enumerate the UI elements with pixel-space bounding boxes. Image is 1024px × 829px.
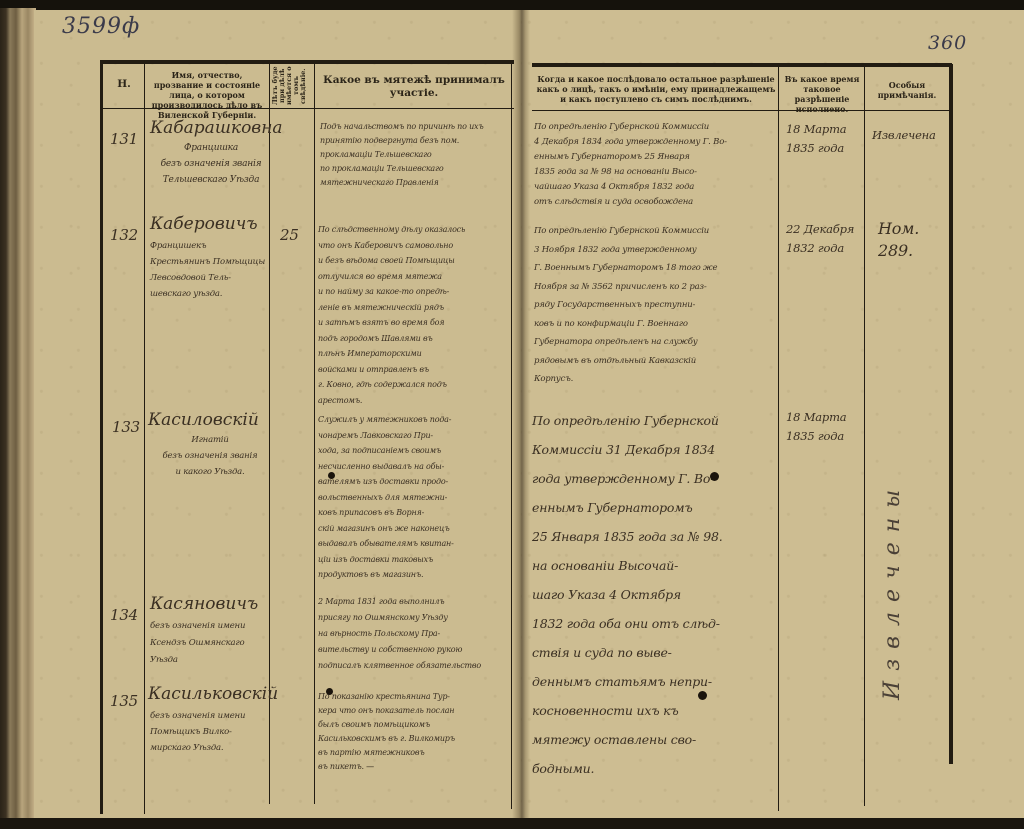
table-top-rule-left bbox=[100, 60, 514, 64]
row-notes: Извлечена bbox=[872, 126, 936, 145]
row-participation: По показанію крестьянина Тур- кера что о… bbox=[318, 690, 514, 774]
paper-hole bbox=[698, 691, 707, 700]
row-surname: Касильковскій bbox=[148, 684, 278, 704]
row-participation: По слѣдственному дѣлу оказалось что онъ … bbox=[318, 222, 514, 408]
row-number: 133 bbox=[112, 418, 140, 436]
row-number: 132 bbox=[110, 226, 138, 244]
row-surname: Касиловскій bbox=[148, 410, 259, 430]
row-details: Игнатій безъ означенія званія и какого У… bbox=[150, 432, 270, 480]
folio-number-left: 3599ф bbox=[62, 14, 140, 39]
row-number: 135 bbox=[110, 692, 138, 710]
row-participation: Служилъ у мятежниковъ пода- чонаремъ Лав… bbox=[318, 412, 514, 583]
row-surname: Каберовичъ bbox=[150, 214, 258, 234]
row-participation: 2 Марта 1831 года выполнилъ присягу по О… bbox=[318, 594, 514, 674]
book-spread: 3599ф 360 Н. Имя, отчество, прозвание и … bbox=[0, 0, 1024, 829]
scan-shadow-top bbox=[0, 0, 1024, 10]
col-divider-resolution bbox=[778, 66, 779, 811]
paper-hole bbox=[328, 472, 335, 479]
col-divider-age bbox=[314, 64, 315, 804]
col-divider-number bbox=[144, 64, 145, 814]
row-number: 131 bbox=[110, 130, 138, 148]
row-details: Францишка безъ означенія званія Тельшевс… bbox=[152, 140, 270, 188]
row-executed: 22 Декабря 1832 года bbox=[786, 220, 854, 258]
header-resolution: Когда и какое послѣдовало остальное разр… bbox=[536, 74, 776, 104]
page-edges bbox=[0, 8, 36, 820]
header-bottom-rule-right bbox=[532, 110, 952, 111]
header-case-flag: Лѣтъ буде при дѣлѣ имѣется о томъ свѣдѣн… bbox=[272, 66, 312, 106]
col-divider-executed bbox=[864, 66, 865, 806]
header-number: Н. bbox=[104, 78, 144, 91]
row-resolution: По опредѣленію Губернской Коммиссіи 4 Де… bbox=[534, 120, 778, 210]
header-notes: Особыя примѣчанія. bbox=[866, 80, 948, 100]
folio-number-right: 360 bbox=[928, 32, 967, 54]
row-number: 134 bbox=[110, 606, 138, 624]
row-surname: Касяновичъ bbox=[150, 594, 258, 614]
row-resolution: По опредѣленію Губернской Коммиссіи 31 Д… bbox=[532, 406, 778, 783]
paper-hole bbox=[710, 472, 719, 481]
row-resolution: По опредѣленію Губернской Коммиссіи 3 Но… bbox=[534, 222, 778, 389]
row-executed: 18 Марта 1835 года bbox=[786, 120, 846, 158]
row-notes: Извлечены bbox=[880, 420, 905, 700]
row-surname: Кабарашковна bbox=[150, 118, 283, 138]
scan-shadow-bottom bbox=[0, 818, 1024, 829]
book-gutter bbox=[512, 10, 530, 818]
table-right-border bbox=[949, 64, 953, 764]
table-left-border bbox=[100, 62, 103, 814]
row-age: 25 bbox=[280, 226, 299, 244]
row-participation: Подъ начальствомъ по причинѣ по ихъ прин… bbox=[320, 120, 512, 190]
row-details: безъ означенія имени Ксендзъ Ошмянскаго … bbox=[150, 618, 270, 669]
row-details: безъ означенія имени Помѣщикъ Вилко- мир… bbox=[150, 708, 270, 756]
row-notes: Ном. 289. bbox=[878, 218, 919, 262]
header-participation: Какое въ мятежѣ принималъ участіе. bbox=[318, 74, 510, 100]
row-details: Францишекъ Крестьянинъ Помѣщицы Левсовдо… bbox=[150, 238, 270, 302]
header-executed: Въ какое время таковое разрѣшеніе исполн… bbox=[780, 74, 864, 114]
table-top-rule-right bbox=[532, 63, 952, 67]
row-executed: 18 Марта 1835 года bbox=[786, 408, 846, 446]
paper-hole bbox=[326, 688, 333, 695]
header-name: Имя, отчество, прозвание и состояніе лиц… bbox=[146, 70, 268, 120]
